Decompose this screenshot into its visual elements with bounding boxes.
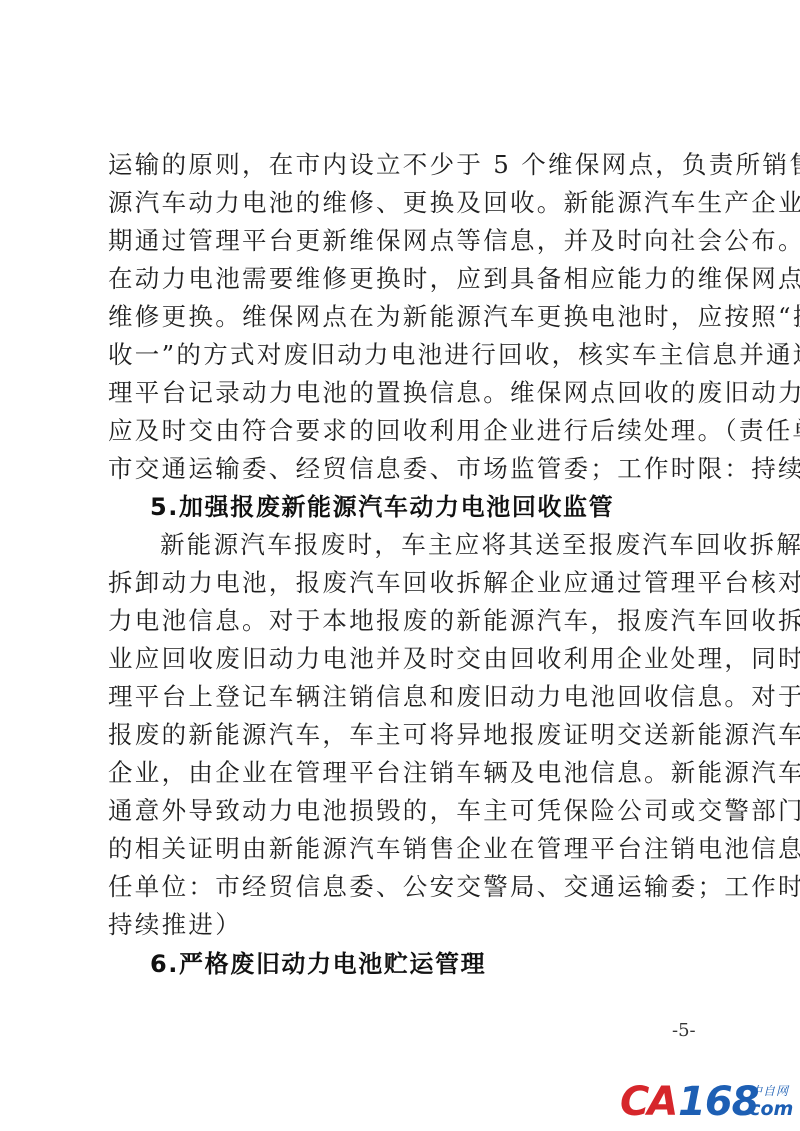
logo-chinese-name: 中自网 bbox=[750, 1084, 789, 1098]
watermark-logo: CA 168 中自网 .com bbox=[618, 1080, 794, 1124]
text-line: 的相关证明由新能源汽车销售企业在管理平台注销电池信息。（责 bbox=[108, 830, 698, 868]
text-line: 运输的原则，在市内设立不少于 5 个维保网点，负责所销售新能 bbox=[108, 146, 698, 184]
text-line: 新能源汽车报废时，车主应将其送至报废汽车回收拆解企业 bbox=[160, 526, 698, 564]
text-line: 应及时交由符合要求的回收利用企业进行后续处理。（责任单位： bbox=[108, 412, 698, 450]
logo-domain: .com bbox=[742, 1098, 793, 1120]
section-heading-6: 6.严格废旧动力电池贮运管理 bbox=[150, 944, 486, 984]
text-line: 期通过管理平台更新维保网点等信息，并及时向社会公布。车主 bbox=[108, 222, 698, 260]
text-line: 市交通运输委、经贸信息委、市场监管委；工作时限：持续推进） bbox=[108, 450, 698, 488]
text-line: 理平台上登记车辆注销信息和废旧动力电池回收信息。对于异地 bbox=[108, 678, 698, 716]
text-line: 力电池信息。对于本地报废的新能源汽车，报废汽车回收拆解企 bbox=[108, 602, 698, 640]
text-line: 业应回收废旧动力电池并及时交由回收利用企业处理，同时在管 bbox=[108, 640, 698, 678]
text-line: 持续推进） bbox=[108, 906, 698, 944]
text-line: 源汽车动力电池的维修、更换及回收。新能源汽车生产企业应定 bbox=[108, 184, 698, 222]
text-line: 通意外导致动力电池损毁的，车主可凭保险公司或交警部门出具 bbox=[108, 792, 698, 830]
section-heading-5: 5.加强报废新能源汽车动力电池回收监管 bbox=[150, 487, 614, 527]
text-line: 报废的新能源汽车，车主可将异地报废证明交送新能源汽车销售 bbox=[108, 716, 698, 754]
text-line: 收一”的方式对废旧动力电池进行回收，核实车主信息并通过管 bbox=[108, 336, 698, 374]
text-line: 理平台记录动力电池的置换信息。维保网点回收的废旧动力电池， bbox=[108, 374, 698, 412]
text-line: 企业，由企业在管理平台注销车辆及电池信息。新能源汽车因交 bbox=[108, 754, 698, 792]
text-line: 在动力电池需要维修更换时，应到具备相应能力的维保网点进行 bbox=[108, 260, 698, 298]
document-page: 运输的原则，在市内设立不少于 5 个维保网点，负责所销售新能 源汽车动力电池的维… bbox=[0, 0, 800, 1131]
text-line: 任单位：市经贸信息委、公安交警局、交通运输委；工作时限： bbox=[108, 868, 698, 906]
logo-brand-red: CA bbox=[620, 1080, 676, 1124]
text-line: 维修更换。维保网点在为新能源汽车更换电池时，应按照“换一 bbox=[108, 298, 698, 336]
page-number: -5- bbox=[672, 1020, 696, 1042]
text-line: 拆卸动力电池，报废汽车回收拆解企业应通过管理平台核对其动 bbox=[108, 564, 698, 602]
